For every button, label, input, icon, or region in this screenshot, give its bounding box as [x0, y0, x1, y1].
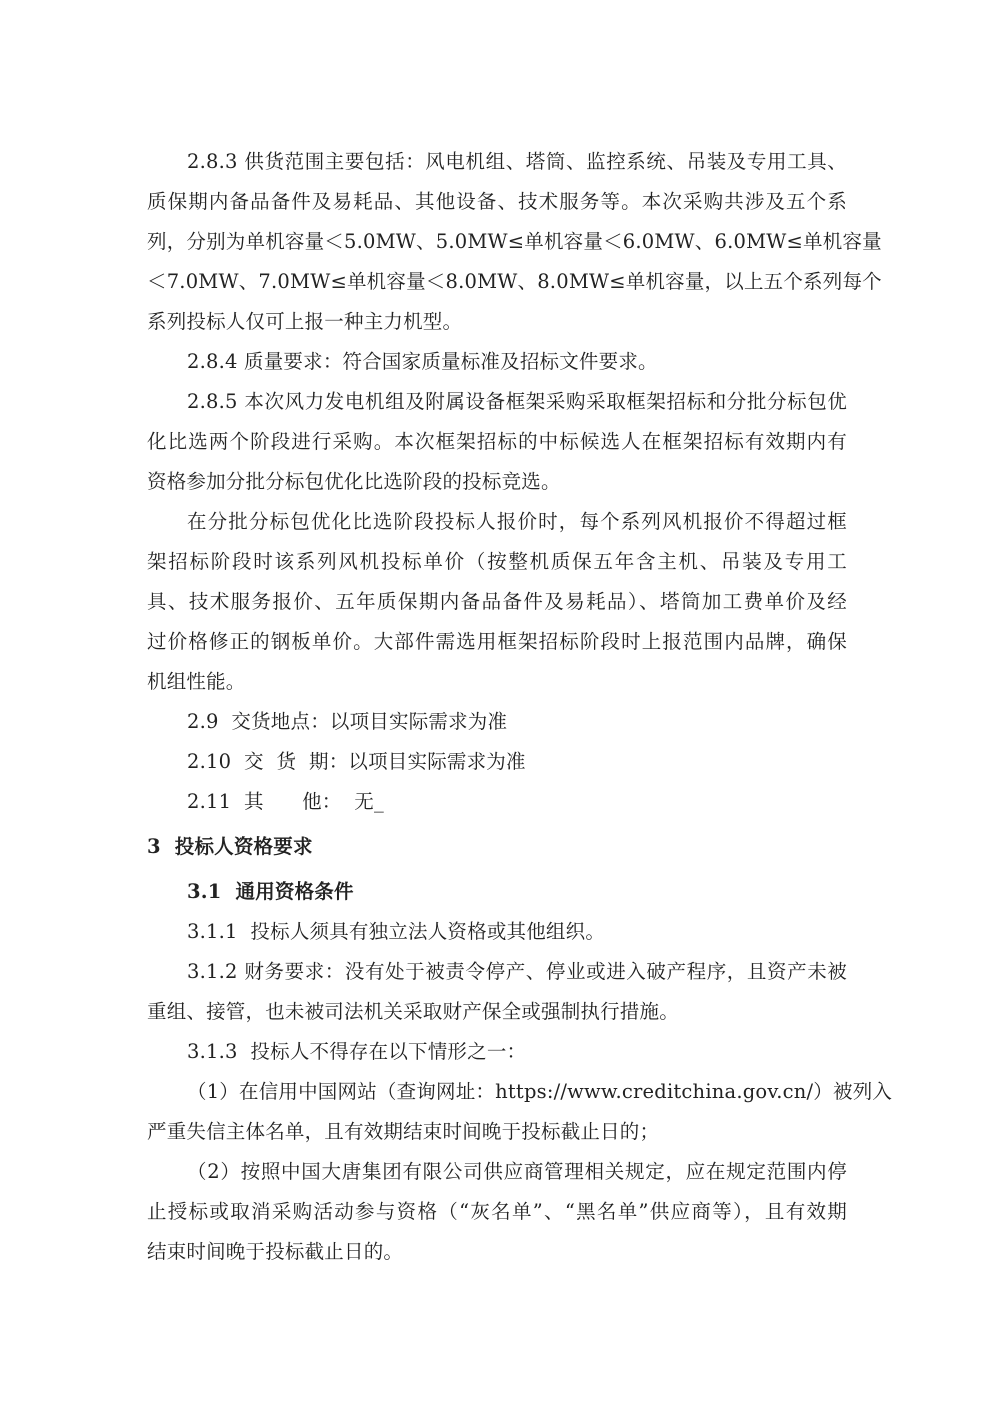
text-line: 化比选两个阶段进行采购。本次框架招标的中标候选人在框架招标有效期内有	[147, 428, 847, 456]
text-line: 系列投标人仅可上报一种主力机型。	[147, 308, 462, 336]
text-line: 止授标或取消采购活动参与资格（“灰名单”、“黑名单”供应商等），且有效期	[147, 1198, 847, 1226]
text-line: 3.1.2 财务要求：没有处于被责令停产、停业或进入破产程序，且资产未被	[187, 958, 847, 986]
qualification-3-1-3: 3.1.3 投标人不得存在以下情形之一：	[187, 1038, 526, 1066]
text-line: 重组、接管，也未被司法机关采取财产保全或强制执行措施。	[147, 998, 679, 1026]
text-line: （1）在信用中国网站（查询网址：https://www.creditchina.…	[187, 1078, 847, 1106]
text-line: 2.8.5 本次风力发电机组及附属设备框架采购采取框架招标和分批分标包优	[187, 388, 847, 416]
text-line: 机组性能。	[147, 668, 246, 696]
section-heading-3: 3 投标人资格要求	[147, 833, 313, 861]
text-line: 2.8.3 供货范围主要包括：风电机组、塔筒、监控系统、吊装及专用工具、	[187, 148, 847, 176]
other-terms: 2.11 其 他： 无_	[187, 788, 384, 816]
text-line: 在分批分标包优化比选阶段投标人报价时，每个系列风机报价不得超过框	[187, 508, 847, 536]
delivery-location: 2.9 交货地点：以项目实际需求为准	[187, 708, 507, 736]
text-line: ＜7.0MW、7.0MW≤单机容量＜8.0MW、8.0MW≤单机容量，以上五个系…	[147, 268, 847, 296]
qualification-3-1-1: 3.1.1 投标人须具有独立法人资格或其他组织。	[187, 918, 605, 946]
text-line: 列，分别为单机容量＜5.0MW、5.0MW≤单机容量＜6.0MW、6.0MW≤单…	[147, 228, 847, 256]
text-line: （2）按照中国大唐集团有限公司供应商管理相关规定，应在规定范围内停	[187, 1158, 847, 1186]
text-line: 具、技术服务报价、五年质保期内备品备件及易耗品）、塔筒加工费单价及经	[147, 588, 847, 616]
document-page: 2.8.3 供货范围主要包括：风电机组、塔筒、监控系统、吊装及专用工具、 质保期…	[0, 0, 1000, 1414]
text-line: 架招标阶段时该系列风机投标单价（按整机质保五年含主机、吊装及专用工	[147, 548, 847, 576]
text-line: 过价格修正的钢板单价。大部件需选用框架招标阶段时上报范围内品牌，确保	[147, 628, 847, 656]
text-line: 2.8.4 质量要求：符合国家质量标准及招标文件要求。	[187, 348, 658, 376]
text-line: 严重失信主体名单，且有效期结束时间晚于投标截止日的；	[147, 1118, 659, 1146]
text-line: 质保期内备品备件及易耗品、其他设备、技术服务等。本次采购共涉及五个系	[147, 188, 847, 216]
section-heading-3-1: 3.1 通用资格条件	[187, 878, 354, 906]
text-line: 资格参加分批分标包优化比选阶段的投标竞选。	[147, 468, 561, 496]
text-line: 结束时间晚于投标截止日的。	[147, 1238, 403, 1266]
delivery-period: 2.10 交 货 期：以项目实际需求为准	[187, 748, 526, 776]
